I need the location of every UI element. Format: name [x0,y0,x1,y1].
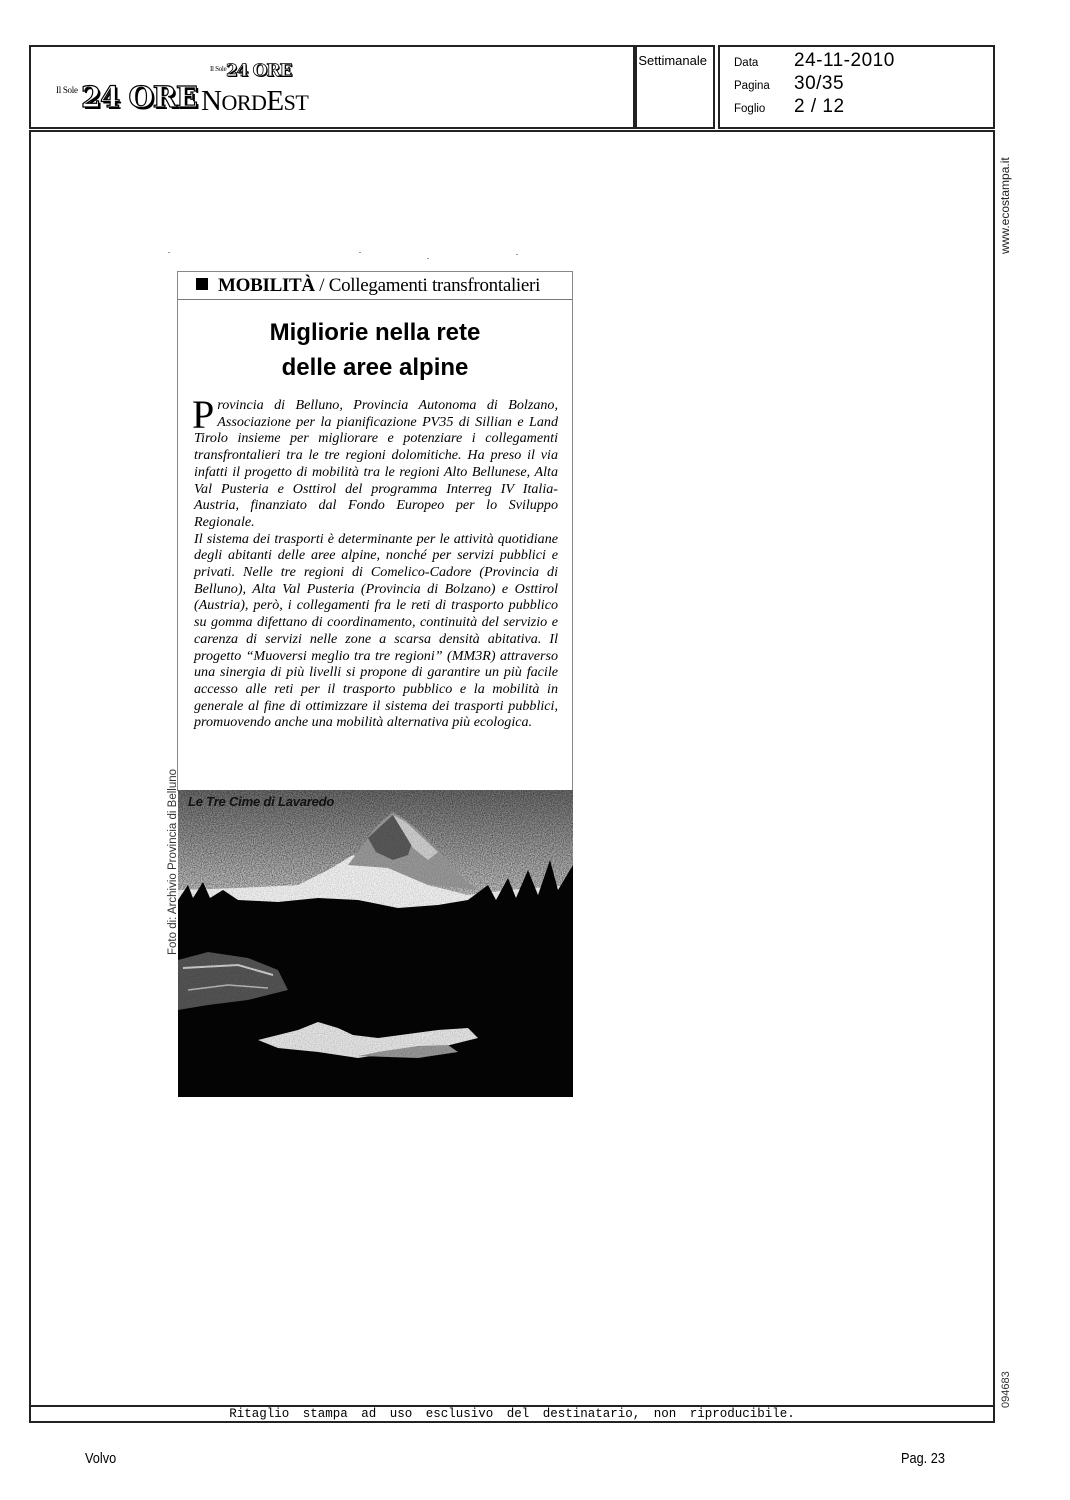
section-separator: / [319,275,324,296]
logo-edition-prefix: Il Sole [210,65,226,73]
subsection-name: Collegamenti transfrontalieri [329,275,540,296]
article-body: Provincia di Belluno, Provincia Autonoma… [194,397,558,731]
headline-line-1: Migliorie nella rete [178,315,572,350]
photo-caption: Le Tre Cime di Lavaredo [188,794,334,809]
section-kicker: MOBILITÀ / Collegamenti transfrontalieri [178,272,572,300]
mountain-landscape-photo [178,790,573,1097]
meta-label: Pagina [734,80,794,92]
article-box: MOBILITÀ / Collegamenti transfrontalieri… [177,271,573,791]
scan-speck [427,258,429,259]
masthead-box: Il Sole 24 ORE Il Sole 24 ORE NORDEST [29,45,635,129]
client-name: Volvo [85,1450,116,1467]
article-headline: Migliorie nella rete delle aree alpine [178,315,572,385]
photo-credit: Foto di: Archivio Provincia di Belluno [167,769,179,955]
document-number: 094683 [1000,1371,1012,1408]
paragraph-1: Provincia di Belluno, Provincia Autonoma… [194,397,558,531]
bullet-square-icon [196,278,208,290]
logo-main-24ore: 24 ORE [81,83,197,112]
publication-frequency: Settimanale [638,53,707,68]
paragraph-2: Il sistema dei trasporti è determinante … [194,531,558,731]
footer-notice-bar: Ritaglio stampa ad uso esclusivo del des… [29,1405,995,1423]
meta-value: 2 / 12 [794,96,845,118]
meta-row-sheet: Foglio 2 / 12 [734,96,845,118]
scan-speck [168,252,170,253]
ecostampa-watermark: www.ecostampa.it [998,157,1012,254]
logo-edition-24ore: 24 ORE [226,63,291,80]
page-number: Pag. 23 [901,1450,945,1467]
headline-line-2: delle aree alpine [178,350,572,385]
scan-speck [359,252,361,253]
scan-speck [516,254,518,255]
meta-value: 24-11-2010 [794,50,895,72]
article-photo: Le Tre Cime di Lavaredo [178,790,573,1097]
meta-row-date: Data 24-11-2010 [734,50,895,72]
meta-row-page: Pagina 30/35 [734,73,844,95]
paragraph-1-text: rovincia di Belluno, Provincia Autonoma … [194,397,558,530]
copyright-notice: Ritaglio stampa ad uso esclusivo del des… [31,1407,993,1422]
section-name: MOBILITÀ [218,275,315,296]
logo-nordest: NORDEST [201,87,308,116]
frequency-box: Settimanale [635,45,715,129]
publication-meta-box: Data 24-11-2010 Pagina 30/35 Foglio 2 / … [718,45,995,129]
meta-label: Foglio [734,103,794,115]
logo-main-prefix: Il Sole [56,85,78,95]
drop-cap: P [192,399,214,430]
meta-value: 30/35 [794,73,844,95]
meta-label: Data [734,57,794,69]
